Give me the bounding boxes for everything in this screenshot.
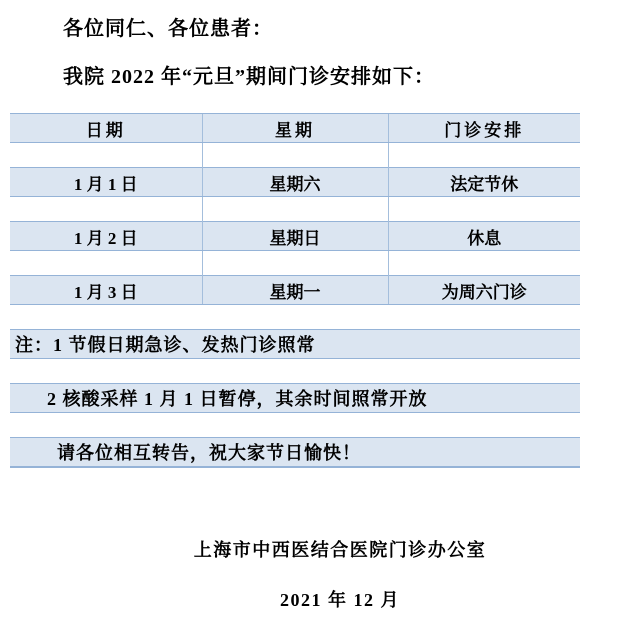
- schedule-table: 日期 星期 门诊安排 1 月 1 日 星期六 法定节休 1 月 2 日 星期日 …: [10, 113, 580, 468]
- spacer-row: [10, 251, 580, 276]
- table-row-jan2: 1 月 2 日 星期日 休息: [10, 222, 580, 251]
- note-row-emergency: 注：1 节假日期急诊、发热门诊照常: [10, 330, 580, 359]
- note-row-greeting: 请各位相互转告，祝大家节日愉快！: [10, 438, 580, 468]
- signature-date: 2021 年 12 月: [40, 586, 625, 612]
- spacer-row-merged: [10, 359, 580, 384]
- table-row-jan1: 1 月 1 日 星期六 法定节休: [10, 168, 580, 197]
- signature-organization: 上海市中西医结合医院门诊办公室: [40, 536, 625, 562]
- cell-arrangement: 为周六门诊: [388, 276, 580, 305]
- cell-weekday: 星期日: [202, 222, 388, 251]
- spacer-row-merged: [10, 305, 580, 330]
- note-text: 2 核酸采样 1 月 1 日暂停，其余时间照常开放: [10, 384, 580, 413]
- table-row-jan3: 1 月 3 日 星期一 为周六门诊: [10, 276, 580, 305]
- table-header-row: 日期 星期 门诊安排: [10, 114, 580, 143]
- cell-weekday: 星期六: [202, 168, 388, 197]
- spacer-row: [10, 143, 580, 168]
- cell-arrangement: 休息: [388, 222, 580, 251]
- note-row-nucleic-acid: 2 核酸采样 1 月 1 日暂停，其余时间照常开放: [10, 384, 580, 413]
- header-arrangement: 门诊安排: [388, 114, 580, 143]
- spacer-row-merged: [10, 413, 580, 438]
- cell-weekday: 星期一: [202, 276, 388, 305]
- cell-date: 1 月 2 日: [10, 222, 202, 251]
- header-weekday: 星期: [202, 114, 388, 143]
- cell-date: 1 月 1 日: [10, 168, 202, 197]
- note-text: 注：1 节假日期急诊、发热门诊照常: [10, 330, 580, 359]
- spacer-row: [10, 197, 580, 222]
- cell-date: 1 月 3 日: [10, 276, 202, 305]
- greeting-line: 各位同仁、各位患者：: [63, 12, 273, 41]
- header-date: 日期: [10, 114, 202, 143]
- intro-line: 我院 2022 年“元旦”期间门诊安排如下：: [63, 60, 435, 89]
- cell-arrangement: 法定节休: [388, 168, 580, 197]
- notice-document: { "page": { "greeting": "各位同仁、各位患者：", "i…: [0, 0, 625, 628]
- note-text: 请各位相互转告，祝大家节日愉快！: [10, 438, 580, 468]
